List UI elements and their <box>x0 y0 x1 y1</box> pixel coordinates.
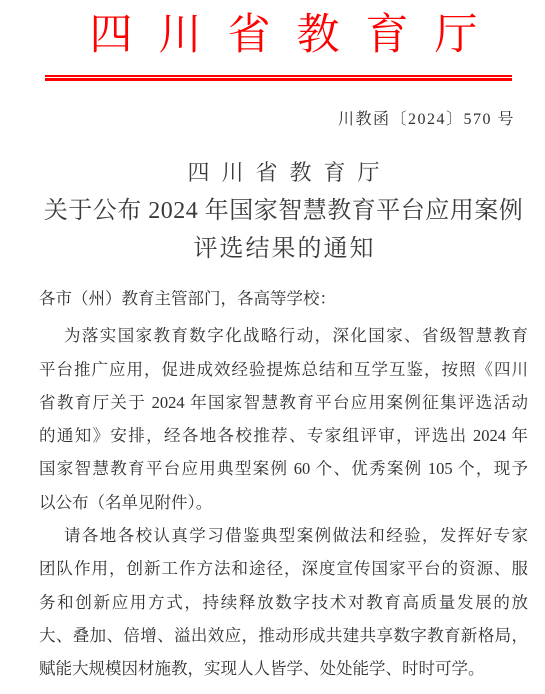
body-line: 平台推广应用，促进成效经验提炼总结和互学互鉴，按照《四川 <box>39 353 528 386</box>
body-line: 以公布（名单见附件）。 <box>39 486 528 519</box>
body-line: 团队作用，创新工作方法和途径，深度宣传国家平台的资源、服 <box>39 552 528 585</box>
document-page: 四川省教育厅 川教函〔2024〕570 号 四川省教育厅 关于公布 2024 年… <box>0 0 545 694</box>
salutation: 各市（州）教育主管部门，各高等学校： <box>39 282 528 315</box>
notice-title: 四川省教育厅 关于公布 2024 年国家智慧教育平台应用案例 评选结果的通知 <box>39 154 528 268</box>
body-line: 大、叠加、倍增、溢出效应，推动形成共建共享数字教育新格局， <box>39 619 528 652</box>
body-line: 国家智慧教育平台应用典型案例 60 个、优秀案例 105 个，现予 <box>39 452 528 485</box>
body-line: 的通知》安排，经各地各校推荐、专家组评审，评选出 2024 年 <box>39 419 528 452</box>
body-line: 赋能大规模因材施教，实现人人皆学、处处能学、时时可学。 <box>39 652 528 685</box>
notice-title-issuer: 四川省教育厅 <box>39 154 528 192</box>
body-line: 为落实国家教育数字化战略行动，深化国家、省级智慧教育 <box>39 319 528 352</box>
body-paragraphs: 为落实国家教育数字化战略行动，深化国家、省级智慧教育平台推广应用，促进成效经验提… <box>39 319 528 685</box>
body-line: 务和创新应用方式，持续释放数字技术对教育高质量发展的放 <box>39 586 528 619</box>
notice-body: 各市（州）教育主管部门，各高等学校： 为落实国家教育数字化战略行动，深化国家、省… <box>39 282 528 686</box>
red-divider <box>45 75 512 81</box>
document-number: 川教函〔2024〕570 号 <box>338 106 515 129</box>
notice-title-subject: 关于公布 2024 年国家智慧教育平台应用案例 <box>39 192 528 230</box>
letterhead-title: 四川省教育厅 <box>39 10 528 62</box>
body-line: 请各地各校认真学习借鉴典型案例做法和经验，发挥好专家 <box>39 519 528 552</box>
body-paragraph: 为落实国家教育数字化战略行动，深化国家、省级智慧教育平台推广应用，促进成效经验提… <box>39 319 528 519</box>
body-paragraph: 请各地各校认真学习借鉴典型案例做法和经验，发挥好专家团队作用，创新工作方法和途径… <box>39 519 528 685</box>
body-line: 省教育厅关于 2024 年国家智慧教育平台应用案例征集评选活动 <box>39 386 528 419</box>
notice-title-type: 评选结果的通知 <box>39 230 528 268</box>
